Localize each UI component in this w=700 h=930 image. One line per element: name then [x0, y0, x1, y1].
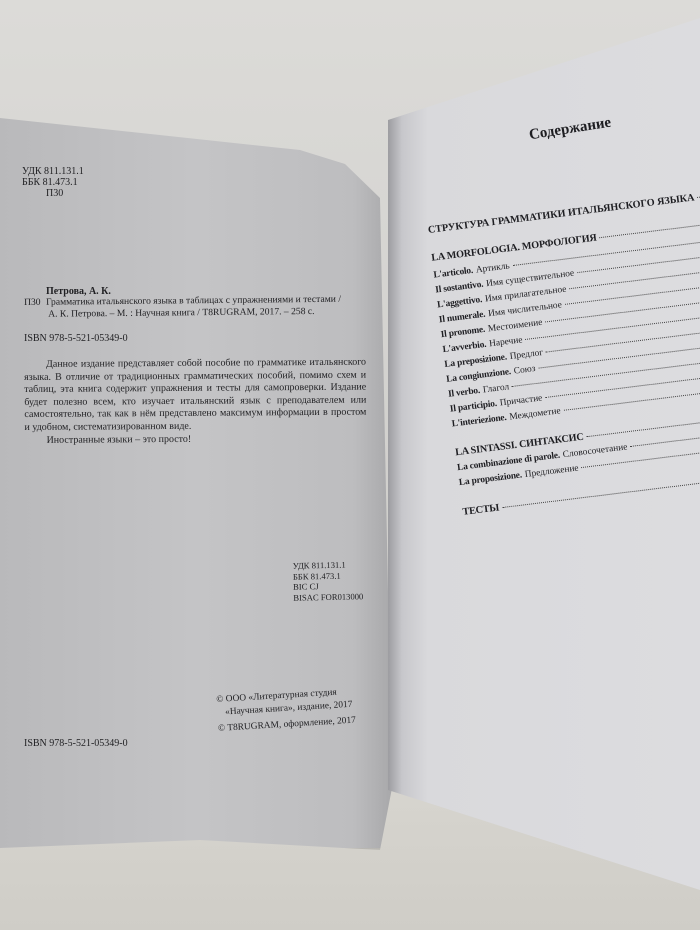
isbn-bottom: ISBN 978-5-521-05349-0 — [24, 738, 128, 749]
abstract: Данное издание представляет собой пособи… — [24, 357, 367, 448]
bibliographic-record: П30Грамматика итальянского языка в табли… — [24, 293, 374, 321]
biblio-code: П30 — [24, 297, 46, 309]
bbk-code: ББК 81.473.1 — [22, 177, 84, 188]
left-page — [0, 88, 392, 848]
bisac-code: BISAC FOR013000 — [293, 591, 363, 603]
isbn: ISBN 978-5-521-05349-0 — [24, 333, 128, 344]
classification-bottom: УДК 811.131.1 ББК 81.473.1 BIC CJ BISAC … — [293, 559, 364, 602]
tagline: Иностранные языки – это просто! — [25, 432, 367, 447]
author-mark: П30 — [22, 188, 84, 199]
abstract-text: Данное издание представляет собой пособи… — [24, 357, 367, 435]
copyright-notice: © ООО «Литературная студия «Научная книг… — [216, 686, 356, 736]
classification-top: УДК 811.131.1 ББК 81.473.1 П30 — [22, 166, 84, 199]
udk-code: УДК 811.131.1 — [22, 166, 84, 177]
